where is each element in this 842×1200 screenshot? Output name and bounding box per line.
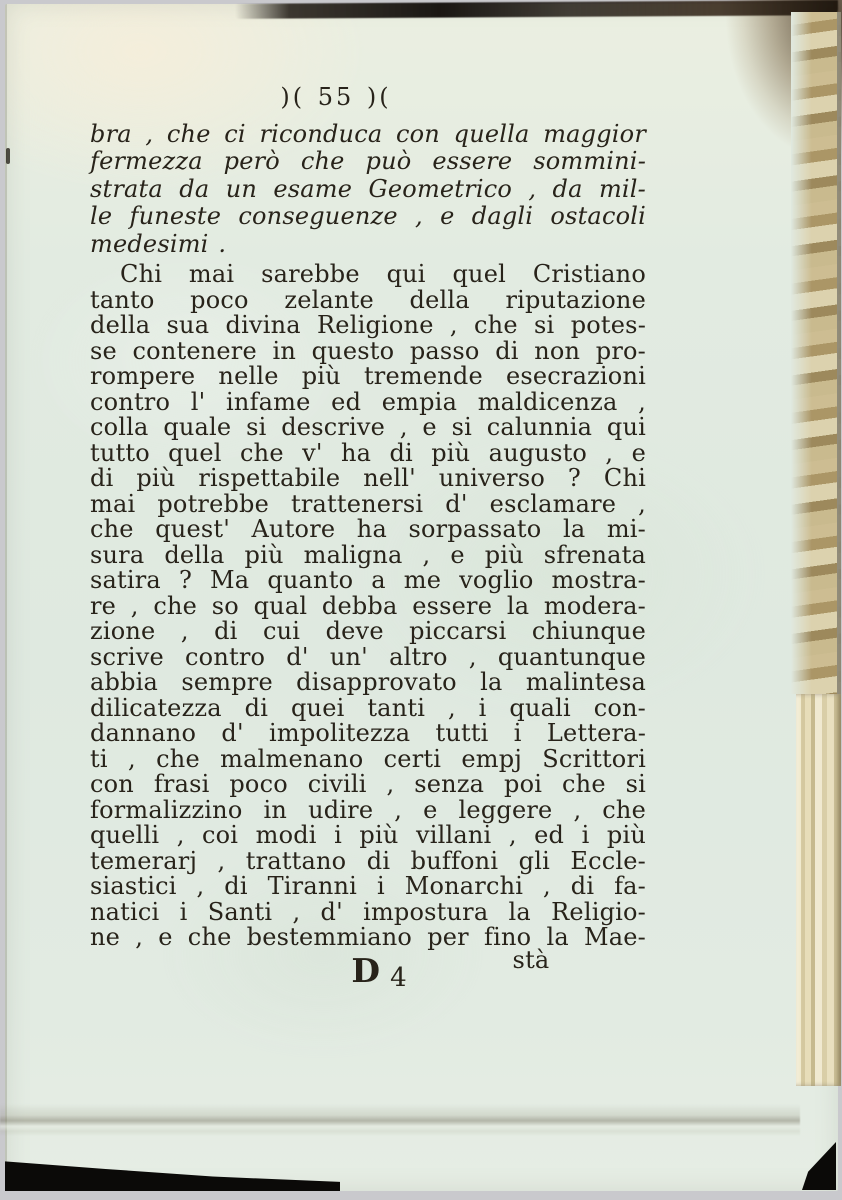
text-line: le funeste conseguenze , e dagli ostacol… [90, 203, 646, 230]
fore-edge-pages [796, 694, 841, 1086]
text-line: satira ? Ma quanto a me voglio mostra- [90, 568, 646, 594]
text-line: medesimi . [90, 231, 646, 258]
text-line: strata da un esame Geometrico , da mil- [90, 176, 646, 203]
text-line: ne , e che bestemmiano per fino la Mae- [90, 925, 646, 951]
text-line: con frasi poco civili , senza poi che si [90, 772, 646, 798]
signature-number: 4 [390, 963, 407, 993]
text-line: dannano d' impolitezza tutti i Lettera- [90, 721, 646, 747]
text-line: che quest' Autore ha sorpassato la mi- [90, 517, 646, 543]
text-line: di più rispettabile nell' universo ? Chi [90, 466, 646, 492]
text-line: zione , di cui deve piccarsi chiunque [90, 619, 646, 645]
text-line: scrive contro d' un' altro , quantunque [90, 645, 646, 671]
text-line: abbia sempre disapprovato la malintesa [90, 670, 646, 696]
text-line: colla quale si descrive , e si calunnia … [90, 415, 646, 441]
book-scan: )( 55 )( bra , che ci riconduca con quel… [0, 0, 842, 1200]
text-block: )( 55 )( bra , che ci riconduca con quel… [90, 82, 646, 997]
text-line: tanto poco zelante della riputazione [90, 288, 646, 314]
text-line: mai potrebbe trattenersi d' esclamare , [90, 492, 646, 518]
main-paragraph: Chi mai sarebbe qui quel Cristiano tanto… [90, 262, 646, 951]
catchword: stà [513, 947, 550, 973]
text-line: della sua divina Religione , che si pote… [90, 313, 646, 339]
text-line: re , che so qual debba essere la modera- [90, 594, 646, 620]
page-number: )( 55 )( [58, 82, 614, 112]
text-line: ti , che malmenano certi empj Scrittori [90, 747, 646, 773]
signature-row: D4 stà [90, 953, 646, 997]
text-line: rompere nelle più tremende esecrazioni [90, 364, 646, 390]
text-line: tutto quel che v' ha di più augusto , e [90, 441, 646, 467]
gathering-signature: D4 [351, 953, 407, 996]
fold-crease [0, 1104, 800, 1136]
text-line: bra , che ci riconduca con quella maggio… [90, 121, 646, 148]
text-line: fermezza però che può essere sommini- [90, 148, 646, 175]
text-line: natici i Santi , d' impostura la Religio… [90, 900, 646, 926]
text-line: sura della più maligna , e più sfrenata [90, 543, 646, 569]
text-line: Chi mai sarebbe qui quel Cristiano [90, 262, 646, 288]
text-line: dilicatezza di quei tanti , i quali con- [90, 696, 646, 722]
text-line: temerarj , trattano di buffoni gli Eccle… [90, 849, 646, 875]
continuation-paragraph: bra , che ci riconduca con quella maggio… [90, 121, 646, 258]
text-line: siastici , di Tiranni i Monarchi , di fa… [90, 874, 646, 900]
left-edge-mark [6, 148, 10, 164]
deckle-edge [791, 12, 841, 694]
text-line: contro l' infame ed empia maldicenza , [90, 390, 646, 416]
text-line: se contenere in questo passo di non pro- [90, 339, 646, 365]
text-line: formalizzino in udire , e leggere , che [90, 798, 646, 824]
signature-letter: D [351, 951, 380, 990]
text-line: quelli , coi modi i più villani , ed i p… [90, 823, 646, 849]
